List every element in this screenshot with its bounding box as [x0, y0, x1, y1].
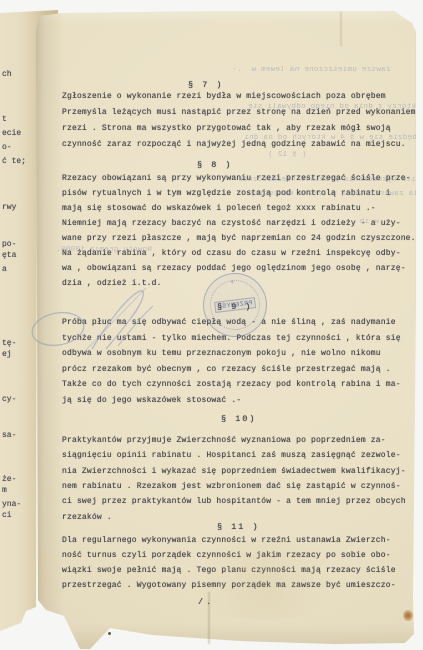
underlying-page-text-fragment: cy- [2, 395, 16, 404]
text-line: rzezaków . [62, 513, 112, 522]
text-line: mają się stosować do wskazówek i poleceń… [62, 204, 376, 213]
text-line: prócz rzezakom być obecnym , co rzezacy … [62, 365, 391, 374]
round-stamp-icon: PRZEMYŚL [199, 269, 270, 340]
text-line: nem rabinatu . Rzezakom jest wzbronionem… [62, 482, 401, 491]
text-line: ci swej przez praktykantów lub hospitant… [62, 497, 406, 506]
underlying-page-text-fragment: sa- [2, 431, 16, 440]
section-heading: § 8 ) [197, 160, 233, 170]
underlying-page-text-fragment: rwy [2, 203, 16, 212]
bleedthrough-text-fragment: w ib . [350, 218, 379, 226]
stamp-center-text: PRZEMYŚL [214, 297, 256, 313]
section-heading: § 10) [221, 414, 257, 424]
underlying-page-text-fragment: ecie [2, 129, 21, 138]
bleedthrough-text-fragment: zawsze umieszczone na lewem w .- [232, 66, 390, 74]
text-line: Praktykantów przyjmuje Zwierzchność wyzn… [62, 436, 386, 445]
underlying-page-text-fragment: yna- [2, 500, 21, 509]
text-line: ją się do jego wskazówek stosować .- [62, 396, 241, 405]
text-line: wa , obowiązani są rzezacy poddać jego o… [62, 264, 406, 273]
bleedthrough-text-fragment: ( § 12 ) [268, 151, 306, 159]
underlying-page-text-fragment: ęta [2, 251, 16, 260]
section-heading: § 7 ) [188, 80, 224, 90]
text-line: nia Zwierzchności i wykazać się poprzedn… [62, 467, 406, 476]
photo-background: chtecieo-ć te;rwypo-ętaatę-ejcy-sa-że-my… [0, 0, 423, 650]
paper-crease-top [340, 12, 342, 46]
text-line: wane przy rzezi płaszcze , mają być napr… [62, 234, 416, 243]
text-line: Zgłoszenie o wykonanie rzezi bydła w mie… [62, 92, 386, 101]
underlying-page-text-fragment: ch [2, 70, 12, 79]
underlying-page-text-fragment: ci [2, 511, 12, 520]
rust-stain [403, 610, 413, 621]
text-line: Także co do tych czynności zostają rzeza… [62, 380, 401, 389]
underlying-page-text-fragment: ej [2, 350, 12, 359]
text-line: siągnięciu opinii rabinatu . Hospitanci … [62, 451, 401, 460]
bleedthrough-text-fragment: odbędzie się w § 4 w których od na dni [244, 134, 423, 142]
bleedthrough-text-fragment: Rozmaite wyznaczenia przesale niezwłoczn… [238, 176, 423, 184]
bleedthrough-text-fragment: dla zawarcia będą w rzeźni miejskiej [250, 190, 423, 198]
underlying-page-text-fragment: m [2, 486, 7, 495]
underlying-page-text-fragment: po- [2, 240, 16, 249]
paper-discoloration [180, 540, 350, 620]
ink-speck [108, 632, 111, 635]
text-line: dzia , odzież i.t.d. [62, 279, 162, 288]
underlying-page-text-fragment: t [2, 115, 7, 124]
text-line: odbywa w osobnym ku temu przeznaczonym p… [62, 349, 381, 358]
text-line: rzezi . Strona ma wszystko przygotować t… [62, 124, 391, 133]
underlying-page-text-fragment: o- [2, 143, 12, 152]
underlying-page-text-fragment: a [2, 265, 7, 274]
section-heading: § 11 ) [217, 522, 260, 532]
underlying-page-text-fragment: że- [2, 475, 16, 484]
bleedthrough-text-fragment: Nowotu gremia 10000. [56, 246, 152, 254]
bleedthrough-text-fragment: którzy z dnia od niego odbywali się [248, 103, 416, 111]
paper-crease [208, 592, 210, 644]
underlying-page-text-fragment: ć te; [2, 157, 26, 166]
underlying-page-text-fragment: tę- [2, 339, 16, 348]
